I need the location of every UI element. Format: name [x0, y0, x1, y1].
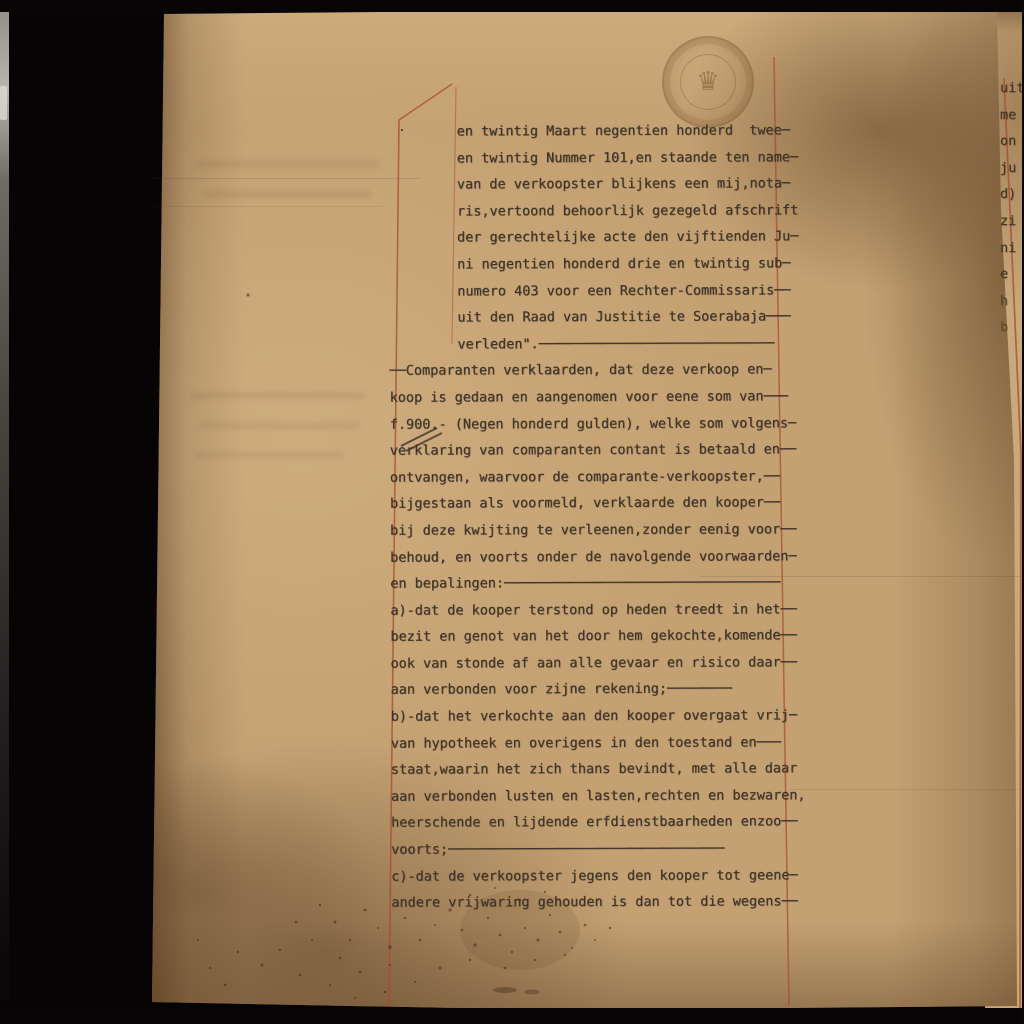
text-line: aan verbonden lusten en lasten,rechten e… [391, 782, 821, 810]
text-line: heerschende en lijdende erfdienstbaarhed… [391, 809, 821, 837]
text-line: bijgestaan als voormeld, verklaarde den … [390, 490, 820, 518]
text-line: koop is gedaan en aangenomen voor eene s… [390, 383, 820, 411]
text-line: van hypotheek en overigens in den toesta… [391, 729, 821, 757]
text-line: numero 403 voor een Rechter-Commissaris─… [457, 277, 819, 305]
text-fragment: uit [1000, 80, 1024, 96]
text-fragment: ju [1000, 160, 1016, 176]
text-line: en bepalingen:──────────────────────────… [390, 569, 820, 597]
text-fragment: ni [1000, 240, 1016, 256]
text-line: c)-dat de verkoopster jegens den kooper … [391, 862, 821, 890]
text-line: ris,vertoond behoorlijk gezegeld afschri… [457, 197, 819, 225]
text-line: verklaring van comparanten contant is be… [390, 436, 820, 464]
text-line: andere vrijwaring gehouden is dan tot di… [391, 888, 821, 916]
ink-bleed-through [195, 452, 345, 458]
photograph-of-deed: ♛ [0, 0, 1024, 1024]
text-line: f.900.- (Negen honderd gulden), welke so… [390, 410, 820, 438]
text-fragment: h [1000, 293, 1008, 309]
text-line: bezit en genot van het door hem gekochte… [390, 623, 820, 651]
text-line: en twintig Nummer 101,en staande ten nam… [457, 144, 819, 172]
text-line: voorts;─────────────────────────────────… [391, 835, 821, 863]
seal-inner-ring: ♛ [680, 54, 736, 110]
ink-bleed-through [205, 190, 370, 198]
paper-crease [790, 789, 1020, 790]
text-line: ni negentien honderd drie en twintig sub… [457, 250, 819, 278]
ink-bleed-through [190, 392, 365, 399]
ink-bleed-through [200, 422, 360, 429]
text-fragment: me [1000, 107, 1016, 123]
crown-icon: ♛ [696, 67, 719, 97]
text-line: a)-dat de kooper terstond op heden treed… [390, 596, 820, 624]
text-fragment: e [1000, 266, 1008, 282]
text-line: bij deze kwijting te verleenen,zonder ee… [390, 516, 820, 544]
text-fragment: on [1000, 133, 1016, 149]
photo-background-bottom [0, 1008, 1024, 1024]
ink-bleed-through [195, 160, 380, 168]
book-cover-edge [0, 0, 9, 1000]
text-line: ──Comparanten verklaarden, dat deze verk… [389, 357, 819, 385]
paper-crease [152, 206, 382, 207]
photo-background-top [0, 0, 1024, 12]
text-line: verleden".───────────────────────────── [457, 330, 819, 358]
text-line: aan verbonden voor zijne rekening;──────… [391, 676, 821, 704]
text-line: b)-dat het verkochte aan den kooper over… [391, 702, 821, 730]
deed-body-block: ──Comparanten verklaarden, dat deze verk… [389, 357, 821, 917]
text-fragment: d) [1000, 186, 1016, 202]
text-line: ook van stonde af aan alle gevaar en ris… [390, 649, 820, 677]
embossed-crown-seal-icon: ♛ [662, 36, 754, 128]
text-line: ontvangen, waarvoor de comparante-verkoo… [390, 463, 820, 491]
text-line: uit den Raad van Justitie te Soerabaja──… [457, 303, 819, 331]
quoted-extract-block: en twintig Maart negentien honderd twee─… [389, 117, 820, 358]
text-fragment: zi [1000, 213, 1016, 229]
text-line: behoud, en voorts onder de navolgende vo… [390, 543, 820, 571]
text-line: staat,waarin het zich thans bevindt, met… [391, 755, 821, 783]
paper-crease [152, 178, 420, 179]
text-line: en twintig Maart negentien honderd twee─ [457, 117, 819, 145]
text-line: van de verkoopster blijkens een mij,nota… [457, 170, 819, 198]
text-line: der gerechtelijke acte den vijftienden J… [457, 224, 819, 252]
text-fragment: b [1000, 319, 1008, 335]
typed-text-column: en twintig Maart negentien honderd twee─… [389, 117, 822, 916]
book-edge-highlight [0, 86, 7, 120]
